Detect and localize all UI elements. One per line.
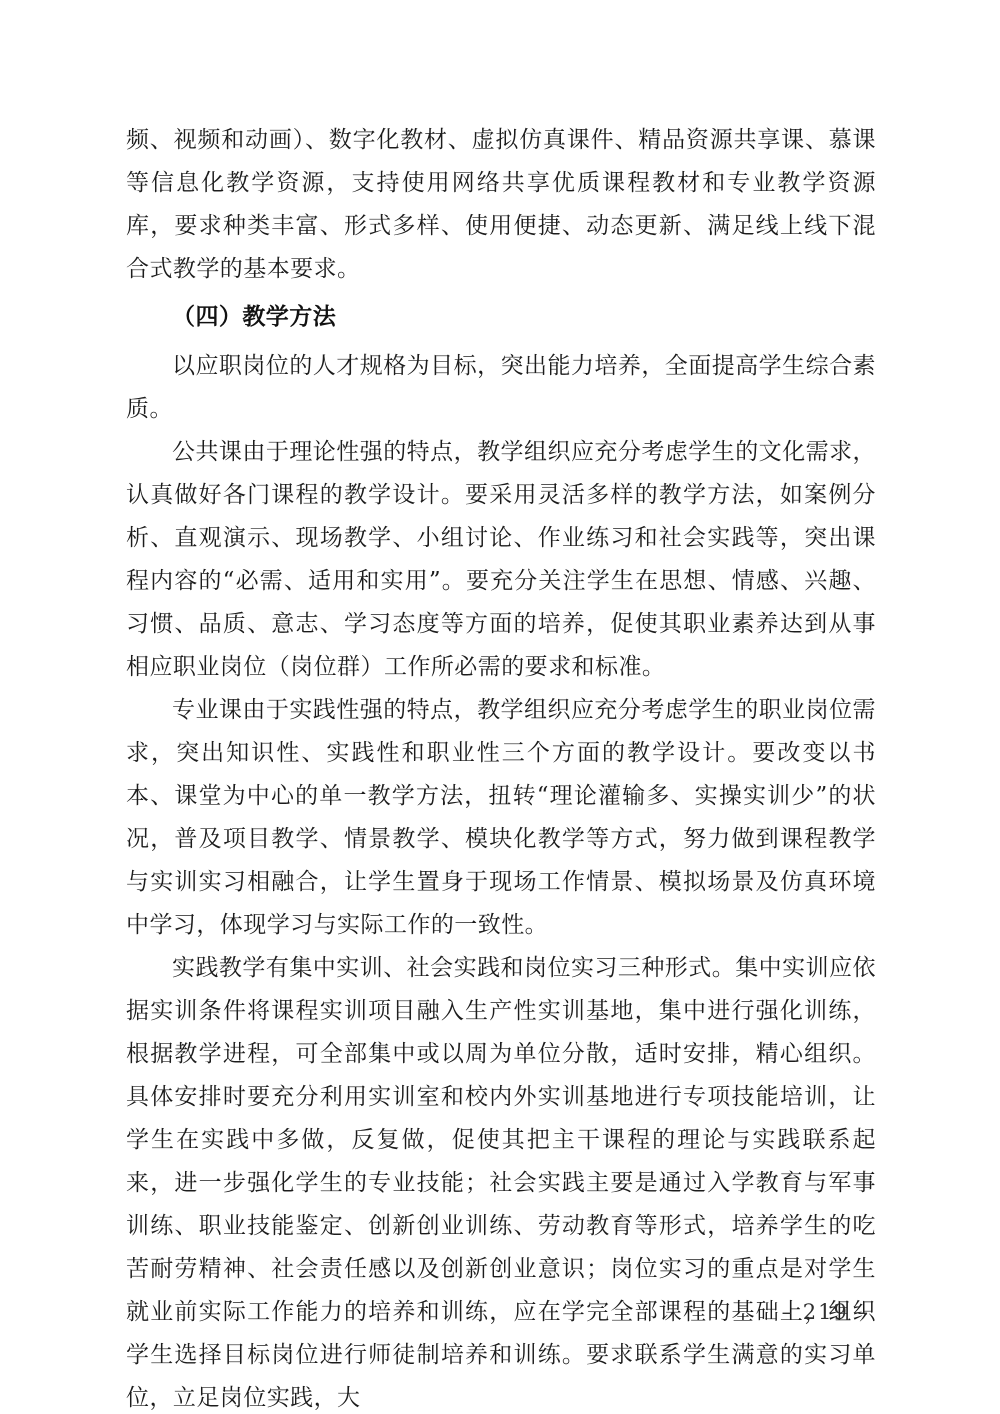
paragraph-continuation: 频、视频和动画）、数字化教材、虚拟仿真课件、精品资源共享课、慕课等信息化教学资源… [126, 119, 876, 291]
paragraph: 公共课由于理论性强的特点，教学组织应充分考虑学生的文化需求，认真做好各门课程的教… [126, 431, 876, 689]
document-body: 频、视频和动画）、数字化教材、虚拟仿真课件、精品资源共享课、慕课等信息化教学资源… [126, 119, 876, 1414]
paragraph: 实践教学有集中实训、社会实践和岗位实习三种形式。集中实训应依据实训条件将课程实训… [126, 947, 876, 1414]
paragraph: 专业课由于实践性强的特点，教学组织应充分考虑学生的职业岗位需求，突出知识性、实践… [126, 689, 876, 947]
page-number: – 219 – [782, 1300, 870, 1324]
section-heading: （四）教学方法 [126, 295, 876, 338]
paragraph: 以应职岗位的人才规格为目标，突出能力培养，全面提高学生综合素质。 [126, 345, 876, 431]
document-page: 频、视频和动画）、数字化教材、虚拟仿真课件、精品资源共享课、慕课等信息化教学资源… [0, 0, 1000, 1414]
